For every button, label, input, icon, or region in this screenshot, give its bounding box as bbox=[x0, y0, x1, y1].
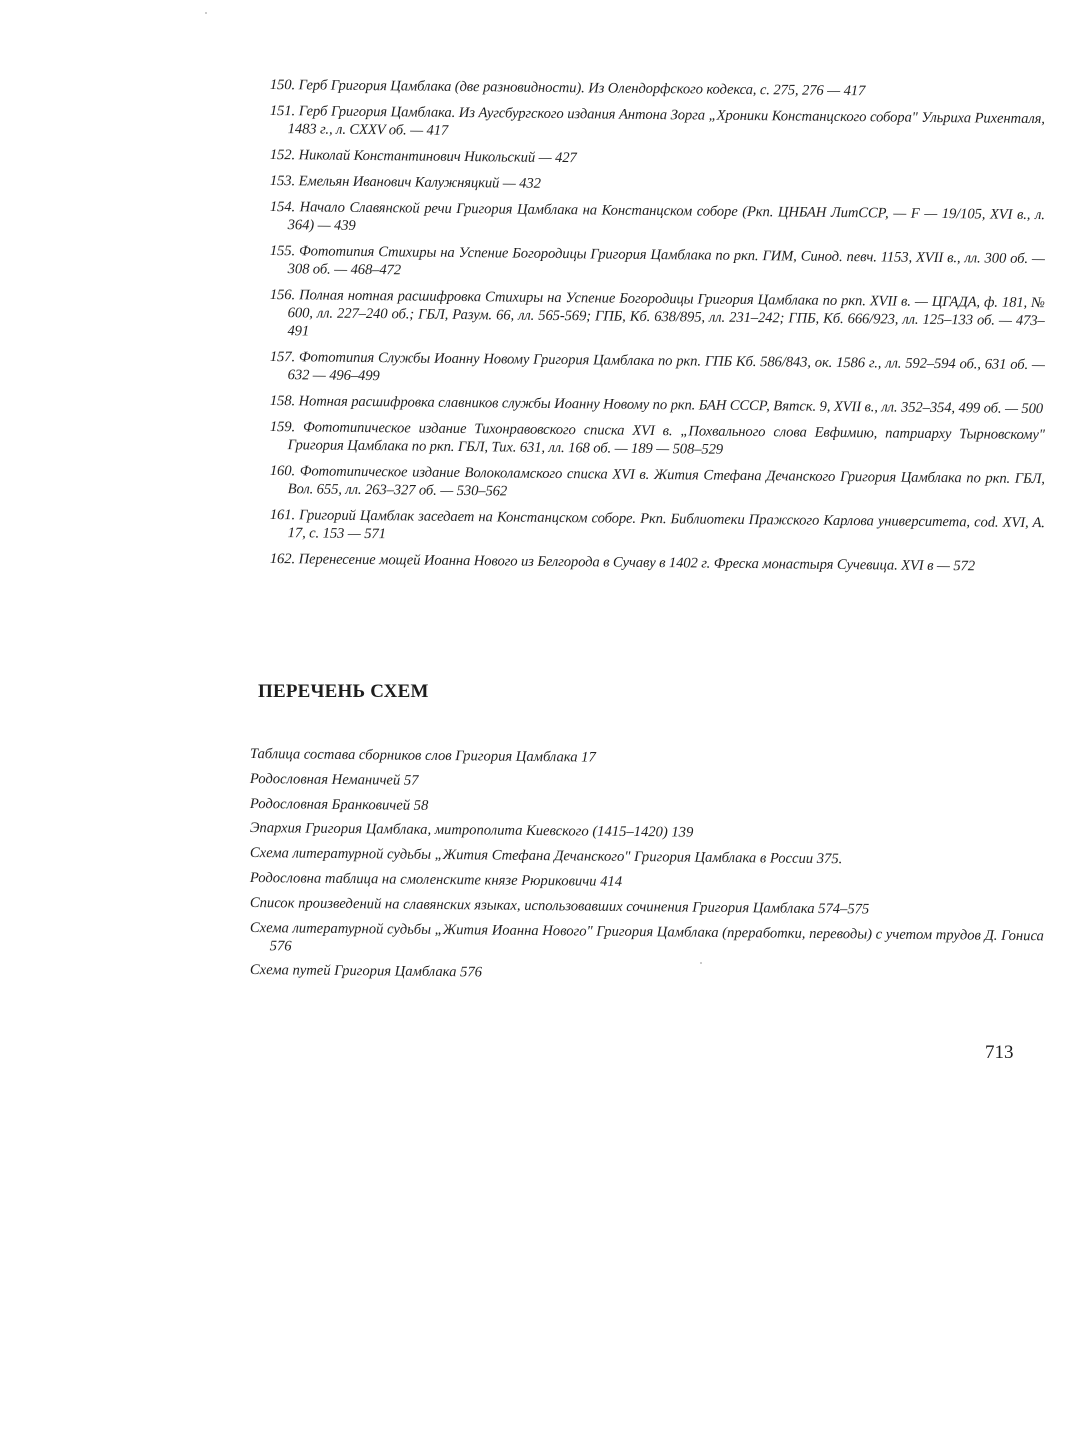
list-item: Таблица состава сборников слов Григория … bbox=[250, 745, 1050, 771]
scan-speck bbox=[205, 12, 207, 14]
list-item: 160. Фототипическое издание Волоколамско… bbox=[270, 462, 1045, 506]
list-item: 158. Нотная расшифровка славников службы… bbox=[270, 392, 1045, 418]
list-item: Родословна таблица на смоленските князе … bbox=[250, 869, 1050, 895]
list-item: Список произведений на славянских языках… bbox=[250, 894, 1050, 920]
list-item: Родословная Бранковичей 58 bbox=[250, 795, 1050, 821]
list-item: 150. Герб Григория Цамблака (две разнови… bbox=[270, 76, 1045, 102]
list-item: 159. Фототипическое издание Тихонравовск… bbox=[270, 418, 1045, 462]
list-item: Родословная Неманичей 57 bbox=[250, 770, 1050, 796]
list-item: 162. Перенесение мощей Иоанна Нового из … bbox=[270, 550, 1045, 576]
page-number: 713 bbox=[985, 1042, 1014, 1064]
list-item: 155. Фототипия Стихиры на Успение Богоро… bbox=[270, 242, 1045, 286]
list-item: 151. Герб Григория Цамблака. Из Аугсбург… bbox=[270, 102, 1045, 146]
list-item: 154. Начало Славянской речи Григория Цам… bbox=[270, 198, 1045, 242]
list-item: Схема литературной судьбы „Жития Стефана… bbox=[250, 844, 1050, 870]
list-item: 157. Фототипия Службы Иоанну Новому Григ… bbox=[270, 348, 1045, 392]
section-heading: ПЕРЕЧЕНЬ СХЕМ bbox=[258, 681, 429, 703]
list-item: 153. Емельян Иванович Калужняцкий — 432 bbox=[270, 172, 1045, 198]
list-item: Схема путей Григория Цамблака 576 bbox=[250, 961, 1050, 987]
list-item: 161. Григорий Цамблак заседает на Конста… bbox=[270, 506, 1045, 550]
list-item: Схема литературной судьбы „Жития Иоанна … bbox=[250, 919, 1050, 963]
illustrations-list: 150. Герб Григория Цамблака (две разнови… bbox=[270, 76, 1045, 576]
list-item: 152. Николай Константинович Никольский —… bbox=[270, 146, 1045, 172]
schemes-list: Таблица состава сборников слов Григория … bbox=[250, 745, 1050, 986]
list-item: Эпархия Григория Цамблака, митрополита К… bbox=[250, 819, 1050, 845]
scan-speck bbox=[700, 962, 702, 964]
scan-speck bbox=[888, 407, 890, 409]
list-item: 156. Полная нотная расшифровка Стихиры н… bbox=[269, 286, 1045, 348]
book-page: 150. Герб Григория Цамблака (две разнови… bbox=[0, 0, 1080, 1442]
